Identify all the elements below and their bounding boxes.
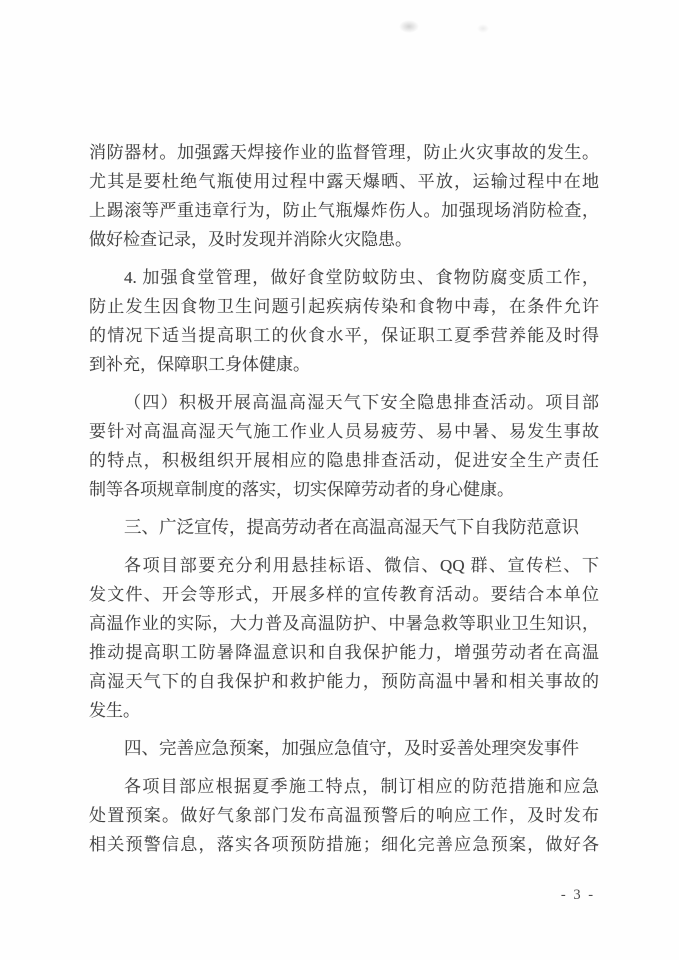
text-line: 上踢滚等严重违章行为，防止气瓶爆炸伤人。加强现场消防检查， — [89, 196, 599, 225]
text-line: 到补充，保障职工身体健康。 — [89, 350, 599, 379]
text-line: 防止发生因食物卫生问题引起疾病传染和食物中毒，在条件允许 — [89, 292, 599, 321]
scan-artifact — [399, 20, 419, 33]
text-line: 相关预警信息，落实各项预防措施；细化完善应急预案，做好各 — [89, 830, 599, 859]
page-number: - 3 - — [550, 885, 606, 905]
paragraph: 4. 加强食堂管理，做好食堂防蚊防虫、食物防腐变质工作， 防止发生因食物卫生问题… — [89, 263, 599, 379]
text-line: 高湿天气下的自我保护和救护能力，预防高温中暑和相关事故的 — [89, 667, 599, 696]
text-line: 发生。 — [89, 696, 599, 725]
text-line: 推动提高职工防暑降温意识和自我保护能力，增强劳动者在高温 — [89, 638, 599, 667]
paragraph: 各项目部应根据夏季施工特点，制订相应的防范措施和应急 处置预案。做好气象部门发布… — [89, 772, 599, 859]
text-line: 4. 加强食堂管理，做好食堂防蚊防虫、食物防腐变质工作， — [89, 263, 599, 292]
text-line: 的特点，积极组织开展相应的隐患排查活动，促进安全生产责任 — [89, 446, 599, 475]
document-body: 消防器材。加强露天焊接作业的监督管理，防止火灾事故的发生。 尤其是要杜绝气瓶使用… — [89, 138, 599, 868]
section-heading: 四、完善应急预案，加强应急值守，及时妥善处理突发事件 — [89, 734, 599, 763]
document-page: 消防器材。加强露天焊接作业的监督管理，防止火灾事故的发生。 尤其是要杜绝气瓶使用… — [0, 0, 679, 960]
text-line: 的情况下适当提高职工的伙食水平，保证职工夏季营养能及时得 — [89, 321, 599, 350]
scan-artifact — [477, 24, 489, 33]
text-line: 处置预案。做好气象部门发布高温预警后的响应工作，及时发布 — [89, 801, 599, 830]
text-line: 尤其是要杜绝气瓶使用过程中露天爆晒、平放，运输过程中在地 — [89, 167, 599, 196]
heading-line: 四、完善应急预案，加强应急值守，及时妥善处理突发事件 — [89, 734, 599, 763]
text-line: 消防器材。加强露天焊接作业的监督管理，防止火灾事故的发生。 — [89, 138, 599, 167]
text-line: 制等各项规章制度的落实，切实保障劳动者的身心健康。 — [89, 475, 599, 504]
text-line: 各项目部应根据夏季施工特点，制订相应的防范措施和应急 — [89, 772, 599, 801]
heading-line: 三、广泛宣传，提高劳动者在高温高湿天气下自我防范意识 — [89, 513, 599, 542]
text-line: （四）积极开展高温高湿天气下安全隐患排查活动。项目部 — [89, 388, 599, 417]
paragraph: 消防器材。加强露天焊接作业的监督管理，防止火灾事故的发生。 尤其是要杜绝气瓶使用… — [89, 138, 599, 254]
text-line: 高温作业的实际，大力普及高温防护、中暑急救等职业卫生知识， — [89, 609, 599, 638]
text-line: 发文件、开会等形式，开展多样的宣传教育活动。要结合本单位 — [89, 580, 599, 609]
section-heading: 三、广泛宣传，提高劳动者在高温高湿天气下自我防范意识 — [89, 513, 599, 542]
text-line: 要针对高温高湿天气施工作业人员易疲劳、易中暑、易发生事故 — [89, 417, 599, 446]
paragraph: （四）积极开展高温高湿天气下安全隐患排查活动。项目部 要针对高温高湿天气施工作业… — [89, 388, 599, 504]
text-line: 各项目部要充分利用悬挂标语、微信、QQ 群、宣传栏、下 — [89, 551, 599, 580]
text-line: 做好检查记录，及时发现并消除火灾隐患。 — [89, 225, 599, 254]
paragraph: 各项目部要充分利用悬挂标语、微信、QQ 群、宣传栏、下 发文件、开会等形式，开展… — [89, 551, 599, 725]
